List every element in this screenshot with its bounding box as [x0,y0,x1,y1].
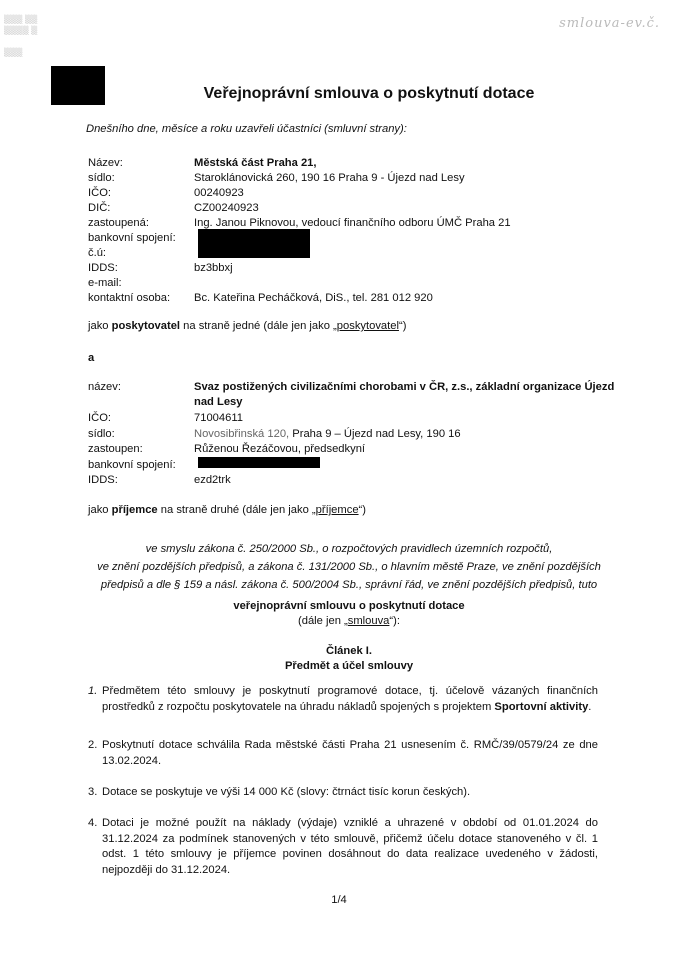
field-label: DIČ: [88,201,194,216]
contract-heading: veřejnoprávní smlouvu o poskytnutí dotac… [60,600,638,612]
recipient-row: bankovní spojení: [88,458,194,473]
redacted-bank-account [198,229,310,258]
recipient-row: IČO:71004611 [88,411,243,426]
faint-stamp-left: ▒▒▒ ▒▒▒▒▒▒ ▒▒▒▒ [4,14,84,58]
field-value: Staroklánovická 260, 190 16 Praha 9 - Új… [194,171,465,186]
legal-basis: ve smyslu zákona č. 250/2000 Sb., o rozp… [60,540,638,594]
field-value: Růženou Řezáčovou, předsedkyní [194,442,365,457]
page-number: 1/4 [0,894,678,906]
field-label: IČO: [88,186,194,201]
field-label: zastoupená: [88,216,194,231]
provider-row: kontaktní osoba:Bc. Kateřina Pecháčková,… [88,291,433,306]
field-label: IDDS: [88,261,194,276]
document-title: Veřejnoprávní smlouva o poskytnutí dotac… [0,85,678,103]
field-label: e-mail: [88,276,194,291]
redacted-recipient-bank [198,457,320,468]
faint-stamp-right: smlouva-ev.č. [559,16,660,31]
field-label: č.ú: [88,246,194,261]
provider-row: IDDS:bz3bbxj [88,261,233,276]
recipient-row: zastoupen:Růženou Řezáčovou, předsedkyní [88,442,365,457]
field-value: ezd2trk [194,473,231,488]
provider-row: č.ú: [88,246,194,261]
field-label: sídlo: [88,427,194,442]
contract-alias: (dále jen „smlouva“): [60,615,638,627]
article-item: 4. Dotaci je možné použít na náklady (vý… [88,816,598,878]
field-value: bz3bbxj [194,261,233,276]
field-value: 71004611 [194,411,243,426]
recipient-role-line: jako příjemce na straně druhé (dále jen … [88,504,366,516]
field-value: CZ00240923 [194,201,259,216]
recipient-name-row: název:Svaz postižených civilizačními cho… [88,380,614,395]
field-value: Bc. Kateřina Pecháčková, DiS., tel. 281 … [194,291,433,306]
field-value: Novosibřinská 120, Praha 9 – Újezd nad L… [194,427,461,442]
article-title: Předmět a účel smlouvy [60,660,638,672]
article-item: 2. Poskytnutí dotace schválila Rada měst… [88,738,598,769]
field-label: kontaktní osoba: [88,291,194,306]
recipient-row: IDDS:ezd2trk [88,473,231,488]
field-label: IDDS: [88,473,194,488]
provider-row: bankovní spojení: [88,231,194,246]
recipient-row: sídlo:Novosibřinská 120, Praha 9 – Újezd… [88,427,461,442]
field-label: bankovní spojení: [88,231,194,246]
field-label: Název: [88,156,194,171]
intro-text: Dnešního dne, měsíce a roku uzavřeli úča… [86,123,407,135]
article-number: Článek I. [60,645,638,657]
field-label: IČO: [88,411,194,426]
conjunction: a [88,352,94,364]
article-item: 1. Předmětem této smlouvy je poskytnutí … [88,684,598,715]
article-item: 3. Dotace se poskytuje ve výši 14 000 Kč… [88,785,598,801]
field-value: 00240923 [194,186,244,201]
provider-row: IČO:00240923 [88,186,244,201]
field-label: zastoupen: [88,442,194,457]
provider-row: DIČ:CZ00240923 [88,201,259,216]
provider-row: e-mail: [88,276,194,291]
provider-role-line: jako poskytovatel na straně jedné (dále … [88,320,406,332]
recipient-name-row-2: nad Lesy [88,395,243,410]
field-value: Městská část Praha 21, [194,156,317,171]
field-label: sídlo: [88,171,194,186]
provider-row: sídlo:Staroklánovická 260, 190 16 Praha … [88,171,465,186]
provider-row: Název:Městská část Praha 21, [88,156,317,171]
field-label: bankovní spojení: [88,458,194,473]
